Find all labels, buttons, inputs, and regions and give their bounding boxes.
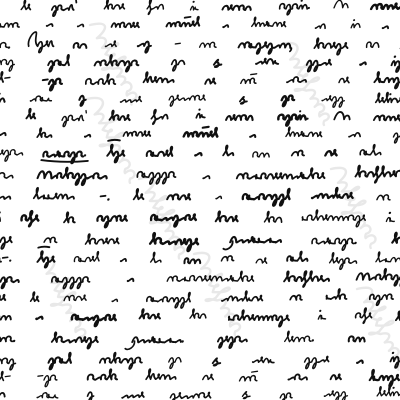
ink-stroke	[38, 376, 43, 377]
ink-stroke	[5, 78, 10, 79]
ink-stroke	[203, 127, 209, 128]
ink-stroke	[252, 371, 258, 372]
ink-stroke	[3, 257, 8, 258]
ink-stroke	[185, 17, 191, 18]
handwriting-canvas	[0, 0, 400, 400]
ink-stroke	[251, 74, 257, 75]
ink-stroke	[38, 247, 49, 248]
handwriting-texture-page: Seamless texture of dense illegible curs…	[0, 0, 400, 400]
paper-background	[0, 0, 400, 400]
ink-stroke	[43, 80, 48, 81]
ink-stroke	[175, 43, 180, 44]
ink-stroke	[86, 111, 87, 113]
ink-stroke	[101, 196, 106, 197]
ink-stroke	[5, 376, 10, 377]
ink-stroke	[108, 140, 120, 141]
ink-stroke	[76, 0, 77, 2]
